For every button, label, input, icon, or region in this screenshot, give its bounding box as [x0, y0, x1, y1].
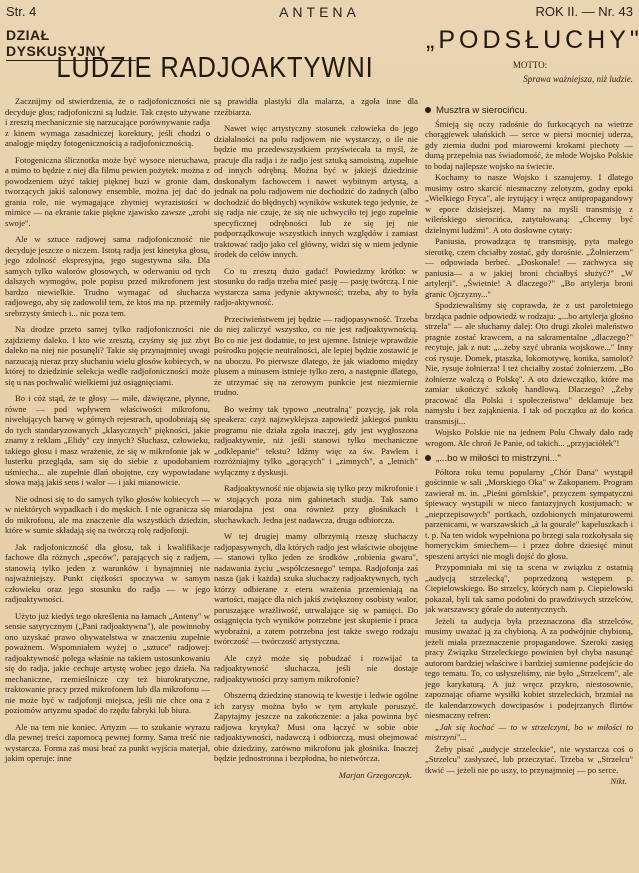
paragraph: Bo weźmy tak typowo „neutralną" pozycję,…: [214, 404, 418, 478]
paragraph: Nawet więc artystyczny stosunek człowiek…: [214, 123, 418, 260]
paragraph: Radjoaktywność nie objawia się tylko prz…: [214, 483, 418, 525]
paragraph: Przypomniała mi się ta scena w związku z…: [425, 562, 633, 615]
paragraph: Przeciwieństwem jej będzie — radjopasywn…: [214, 314, 418, 398]
quote-paragraph: „Jak się kochać — to w strzelczyni, bo w…: [425, 722, 633, 743]
paragraph: Co tu zresztą dużo gadać! Powiedzmy krót…: [214, 266, 418, 308]
paragraph: Jeżeli ta audycja była przeznaczona dla …: [425, 616, 633, 721]
column-title: „PODSŁUCHY": [426, 26, 636, 55]
motto-label: MOTTO:: [425, 60, 635, 70]
paragraph: Spodziewaliśmy się coprawda, że z ust pa…: [425, 300, 633, 426]
article-column-2: są prawidła plastyki dla malarza, a zgoł…: [214, 96, 418, 780]
paragraph: Śmieją się oczy radośnie do furkocących …: [425, 119, 633, 172]
paragraph: Zacznijmy od stwierdzenia, że o radjofon…: [5, 96, 210, 149]
item-heading-2: „...bo w miłości to mistrzyni...": [425, 454, 633, 465]
column-podsluchy: Musztra w sierocińcu. Śmieją się oczy ra…: [425, 106, 633, 787]
paragraph: Ale na tem nie koniec. Artyzm — to szuka…: [5, 722, 210, 764]
paragraph: Ale czyż może się pobudzać i rozwijać ta…: [214, 653, 418, 685]
paragraph: Obszerną dziedzinę stanowią te kwestje i…: [214, 690, 418, 764]
paragraph: Wojsko Polskie nie na jednem Polu Chwały…: [425, 427, 633, 448]
paragraph: Półtora roku temu popularny „Chór Dana" …: [425, 467, 633, 562]
bullet-icon: [425, 107, 431, 113]
paragraph: W tej drugiej mamy olbrzymią rzeszę słuc…: [214, 531, 418, 647]
paragraph: Żeby pisać „audycje strzeleckie", nie wy…: [425, 744, 633, 776]
item-author: Nikt.: [425, 776, 633, 787]
bullet-icon: [425, 455, 431, 461]
article-title: LUDZIE RADJOAKTYWNI: [35, 52, 396, 85]
article-column-1: Zacznijmy od stwierdzenia, że o radjofon…: [5, 96, 210, 770]
issue-number: ROK II. — Nr. 43: [535, 4, 633, 19]
heading-text: Musztra w sierocińcu.: [436, 105, 527, 116]
paragraph: Użyto już kiedyś tego określenia na łama…: [5, 611, 210, 716]
paragraph: Kochamy to nasze Wojsko i szanujemy. I d…: [425, 172, 633, 235]
paragraph: są prawidła plastyki dla malarza, a zgoł…: [214, 96, 418, 117]
motto-text: Sprawa ważniejsza, niż ludzie.: [523, 74, 633, 84]
paragraph: Nie odnosi się to do samych tylko głosów…: [5, 494, 210, 536]
paragraph: Ale w sztuce radjowej sama radjofoniczno…: [5, 234, 210, 318]
newspaper-page: Str. 4 ANTENA ROK II. — Nr. 43 DZIAŁ DYS…: [0, 0, 639, 873]
article-author: Marjan Grzegorczyk.: [214, 770, 418, 781]
paragraph: Bo i cóż stąd, że te głosy — miłe, dźwię…: [5, 393, 210, 488]
paragraph: Na drodze przeto samej tylko radjofonicz…: [5, 324, 210, 387]
item-heading-1: Musztra w sierocińcu.: [425, 106, 633, 117]
heading-text: „...bo w miłości to mistrzyni...": [436, 453, 561, 464]
paragraph: Paniusia, prowadząca tę transmisję, pyta…: [425, 236, 633, 299]
paragraph: Jak radjofoniczność dla głosu, tak i kwa…: [5, 542, 210, 605]
paragraph: Fotogeniczna ślicznotka może być wysoce …: [5, 155, 210, 229]
